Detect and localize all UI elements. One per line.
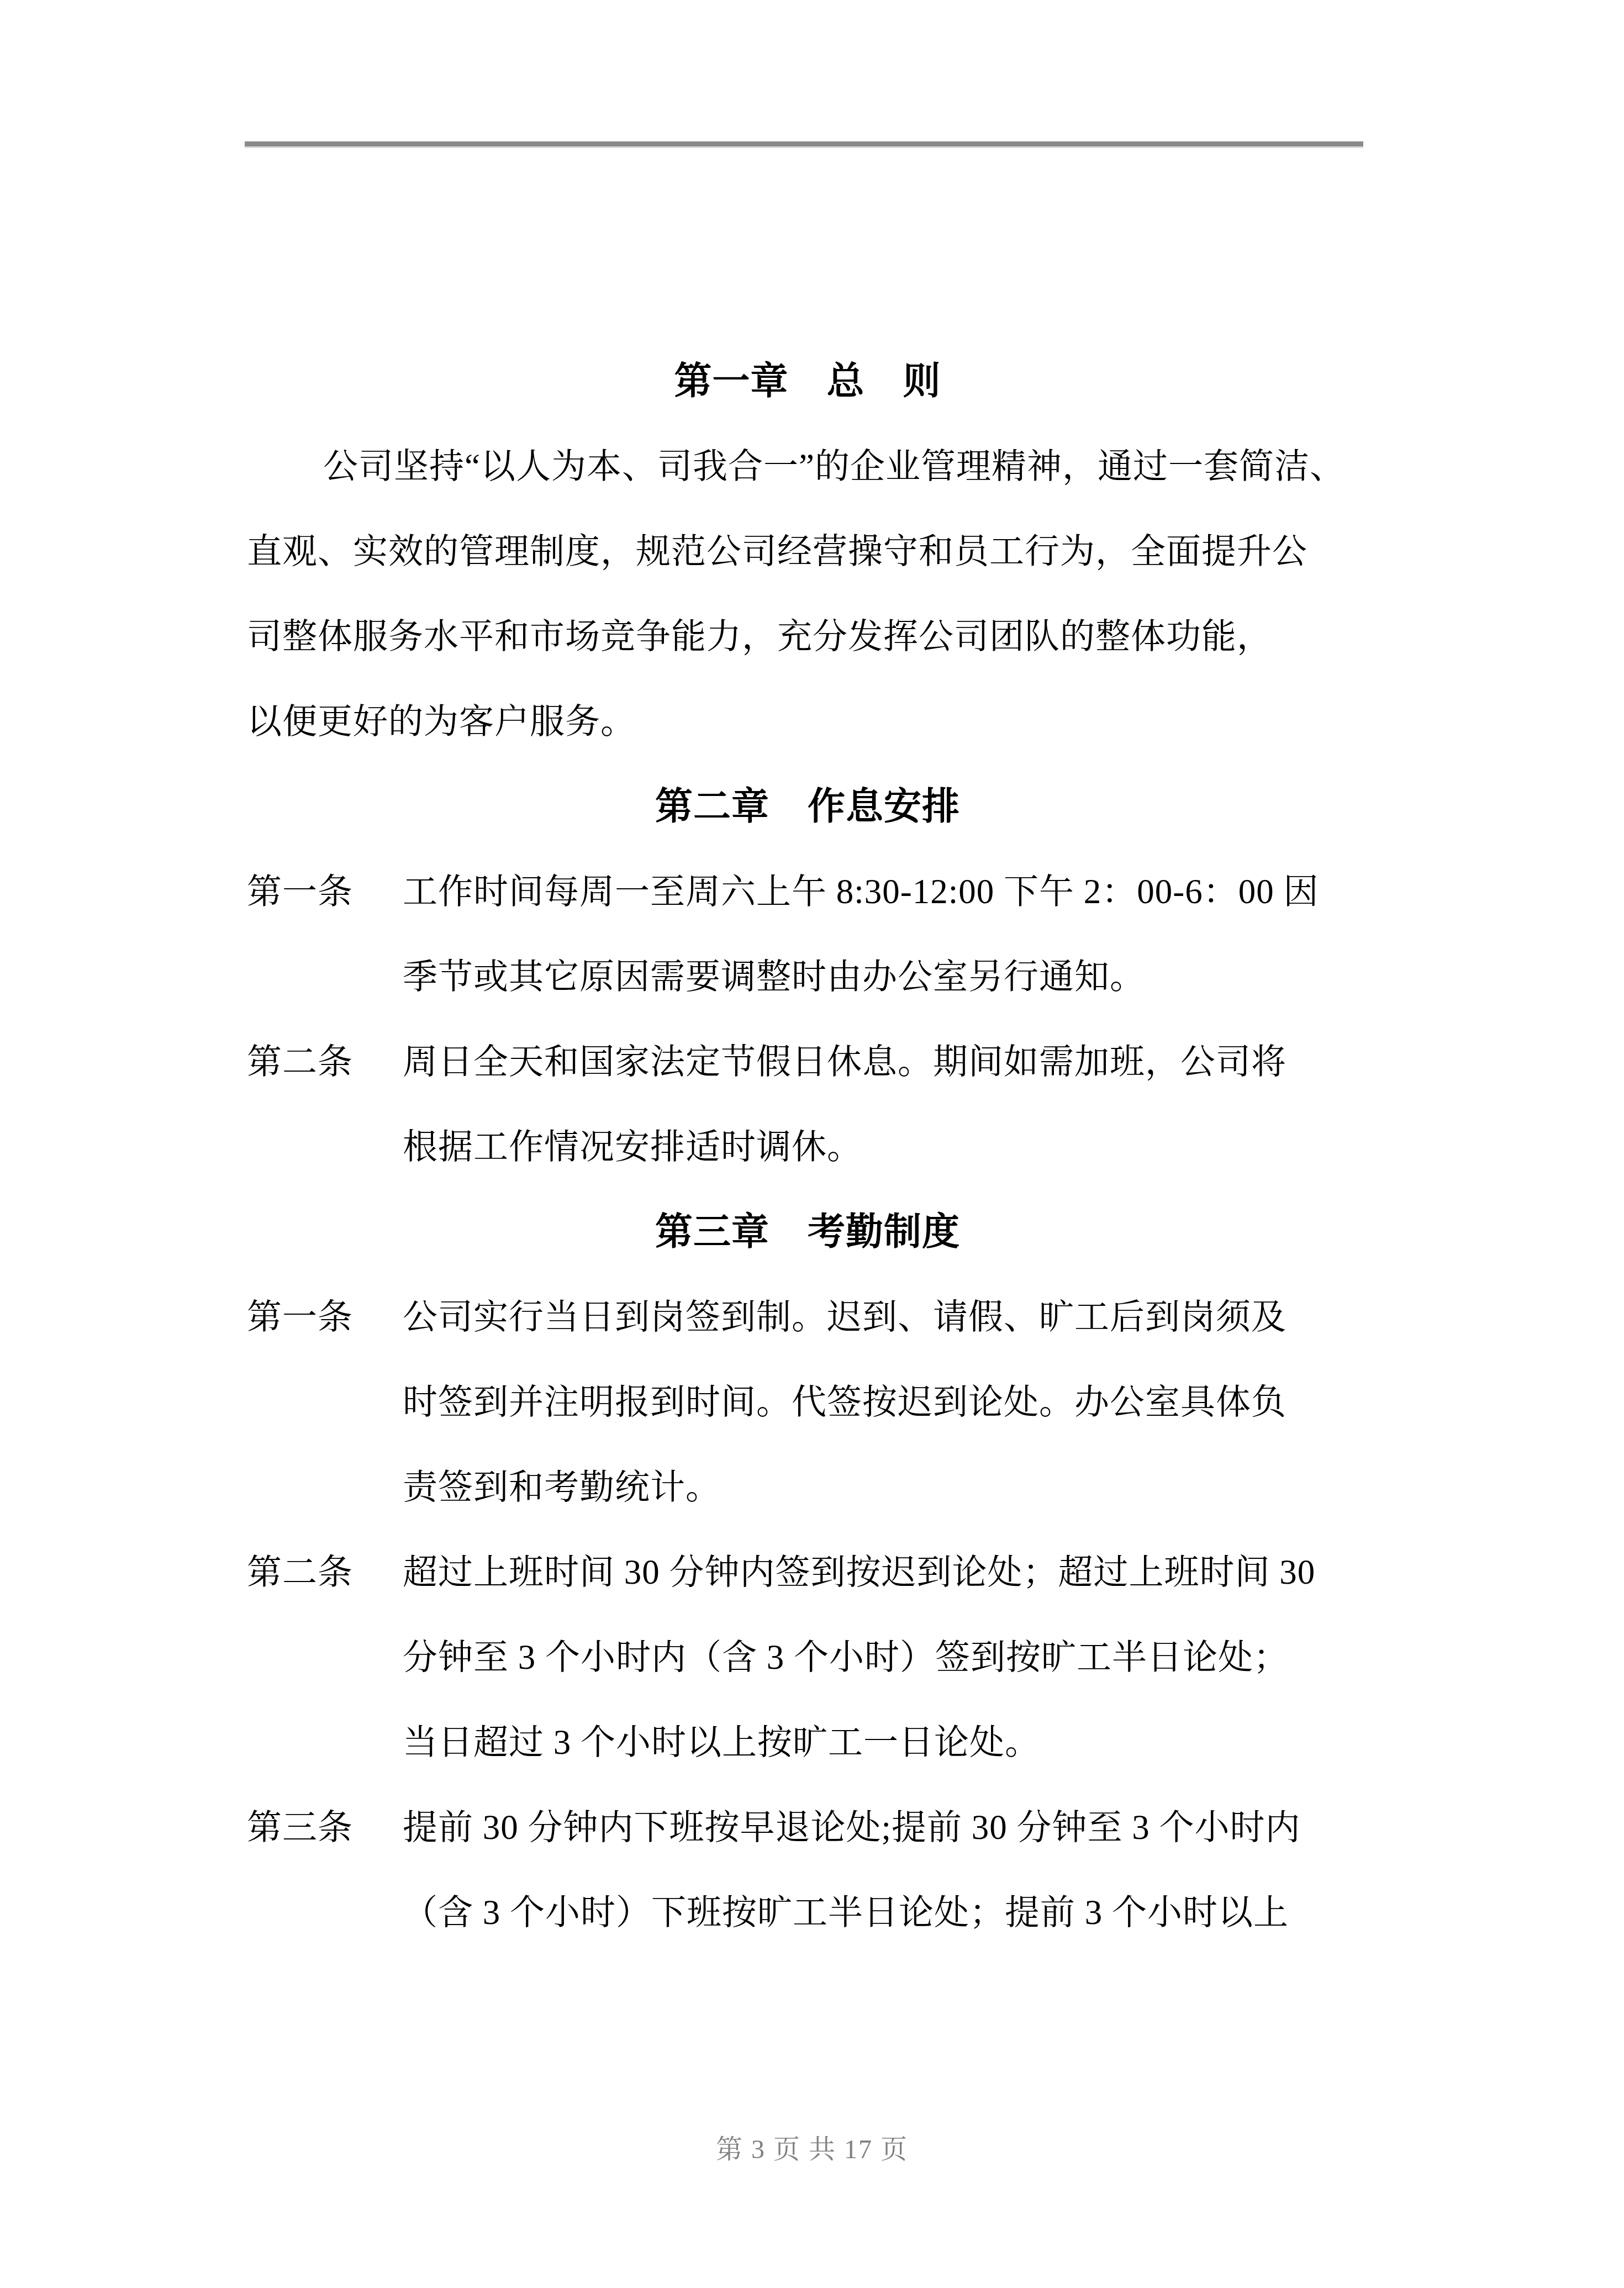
- article-line: 根据工作情况安排适时调休。: [403, 1104, 1368, 1189]
- article-item: 第二条 超过上班时间 30 分钟内签到按迟到论处；超过上班时间 30 分钟至 3…: [247, 1530, 1368, 1785]
- article-label: 第三条: [247, 1785, 353, 1870]
- page-footer: 第 3 页 共 17 页: [0, 2132, 1624, 2168]
- article-label: 第二条: [247, 1019, 353, 1104]
- article-line: 当日超过 3 个小时以上按旷工一日论处。: [403, 1700, 1368, 1785]
- article-line: 提前 30 分钟内下班按早退论处;提前 30 分钟至 3 个小时内: [403, 1785, 1368, 1870]
- article-line: 超过上班时间 30 分钟内签到按迟到论处；超过上班时间 30: [403, 1530, 1368, 1615]
- article-line: 分钟至 3 个小时内（含 3 个小时）签到按旷工半日论处；: [403, 1615, 1368, 1700]
- article-line: 季节或其它原因需要调整时由办公室另行通知。: [403, 934, 1368, 1019]
- article-item: 第一条 公司实行当日到岗签到制。迟到、请假、旷工后到岗须及 时签到并注明报到时间…: [247, 1274, 1368, 1530]
- chapter-2-title: 第二章 作息安排: [247, 764, 1368, 849]
- chapter-1-paragraph: 公司坚持“以人为本、司我合一”的企业管理精神，通过一套简洁、 直观、实效的管理制…: [247, 424, 1368, 764]
- chapter-1-title: 第一章 总 则: [247, 339, 1368, 424]
- paragraph-line: 公司坚持“以人为本、司我合一”的企业管理精神，通过一套简洁、: [247, 424, 1368, 509]
- article-line: 时签到并注明报到时间。代签按迟到论处。办公室具体负: [403, 1359, 1368, 1445]
- chapter-3-title: 第三章 考勤制度: [247, 1189, 1368, 1274]
- article-label: 第一条: [247, 849, 353, 934]
- article-line: 责签到和考勤统计。: [403, 1445, 1368, 1530]
- article-line: 工作时间每周一至周六上午 8:30-12:00 下午 2：00-6：00 因: [403, 849, 1368, 934]
- document-page: 第一章 总 则 公司坚持“以人为本、司我合一”的企业管理精神，通过一套简洁、 直…: [0, 0, 1624, 2288]
- paragraph-line: 直观、实效的管理制度，规范公司经营操守和员工行为，全面提升公: [247, 509, 1368, 594]
- article-line: 公司实行当日到岗签到制。迟到、请假、旷工后到岗须及: [403, 1274, 1368, 1359]
- document-body: 第一章 总 则 公司坚持“以人为本、司我合一”的企业管理精神，通过一套简洁、 直…: [247, 339, 1368, 1955]
- article-item: 第二条 周日全天和国家法定节假日休息。期间如需加班，公司将 根据工作情况安排适时…: [247, 1019, 1368, 1189]
- article-line: （含 3 个小时）下班按旷工半日论处；提前 3 个小时以上: [403, 1870, 1368, 1955]
- header-divider-rule: [245, 141, 1363, 148]
- article-line: 周日全天和国家法定节假日休息。期间如需加班，公司将: [403, 1019, 1368, 1104]
- article-label: 第一条: [247, 1274, 353, 1359]
- article-label: 第二条: [247, 1530, 353, 1615]
- page-number-label: 第 3 页 共 17 页: [716, 2135, 908, 2164]
- paragraph-line: 司整体服务水平和市场竞争能力，充分发挥公司团队的整体功能，: [247, 594, 1368, 679]
- paragraph-line: 以便更好的为客户服务。: [247, 679, 1368, 764]
- article-item: 第一条 工作时间每周一至周六上午 8:30-12:00 下午 2：00-6：00…: [247, 849, 1368, 1019]
- article-item: 第三条 提前 30 分钟内下班按早退论处;提前 30 分钟至 3 个小时内 （含…: [247, 1785, 1368, 1955]
